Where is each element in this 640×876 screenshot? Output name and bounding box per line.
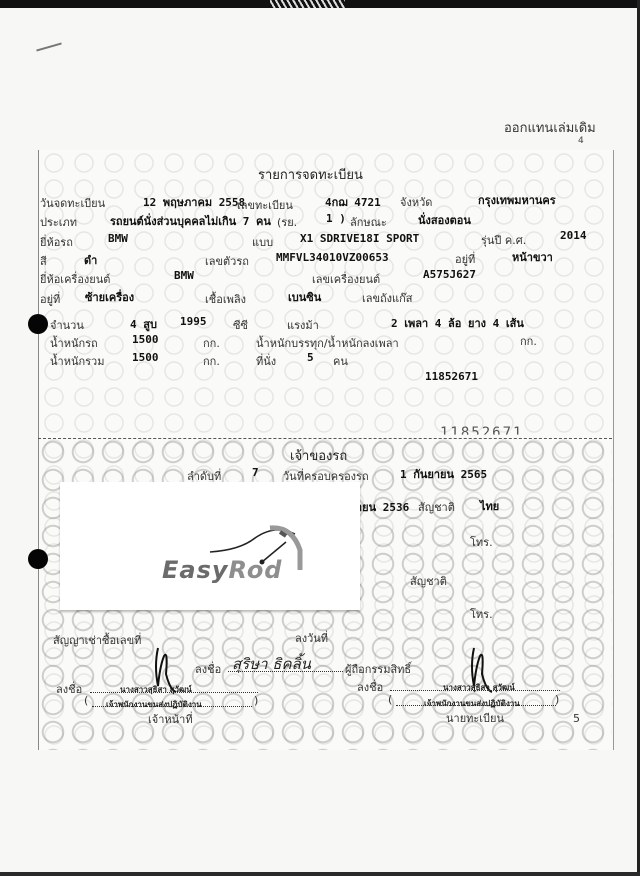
engine-location: ซ้ายเครื่อง [85, 288, 134, 306]
engine-location-label: อยู่ที่ [40, 290, 60, 308]
order-number: 7 [252, 466, 259, 479]
axles-wheels: 2 เพลา 4 ล้อ ยาง 4 เส้น [391, 314, 524, 332]
cc-label: ซีซี [233, 316, 248, 334]
phone-label-2: โทร. [470, 605, 493, 623]
nationality-label: สัญชาติ [418, 498, 455, 516]
cylinders-label: จำนวน [50, 316, 84, 334]
province-label: จังหวัด [400, 193, 432, 211]
section-divider [38, 438, 612, 439]
owner-sign-label: ลงชื่อ [195, 660, 221, 678]
vehicle-weight: 1500 [132, 333, 159, 346]
plate-number: 4กฌ 4721 [325, 193, 381, 211]
owner-role: ผู้ถือกรรมสิทธิ์ [345, 660, 411, 678]
owner-signature: สุริษา ธิคลิ้น [232, 652, 311, 676]
body-style: นั่งสองตอน [418, 211, 471, 229]
vehicle-type: รถยนต์นั่งส่วนบุคคลไม่เกิน 7 คน [110, 212, 271, 230]
load-label: น้ำหนักบรรทุก/น้ำหนักลงเพลา [256, 334, 399, 352]
gas-tank-label: เลขถังแก๊ส [362, 289, 413, 307]
scan-top-edge [0, 0, 640, 8]
model-year: 2014 [560, 229, 587, 242]
load-unit: กก. [520, 332, 537, 350]
type-code: 1 ) [326, 212, 346, 225]
signed-date-label: ลงวันที่ [295, 629, 328, 647]
registrar-role: นายทะเบียน [446, 709, 504, 727]
page-number-bottom: 5 [573, 712, 580, 725]
registrar-sign-label: ลงชื่อ [357, 678, 383, 696]
brand-label: ยี่ห้อรถ [40, 233, 73, 251]
engine-number: A575J627 [423, 268, 476, 281]
birth-date-partial: ายน 2536 [356, 498, 409, 516]
owner-title: เจ้าของรถ [290, 445, 347, 466]
registrar-close-paren: ) [555, 693, 559, 706]
body-label: ลักษณะ [350, 213, 387, 231]
officer-sign-label: ลงชื่อ [56, 680, 82, 698]
persons-unit: คน [333, 352, 348, 370]
vin-label: เลขตัวรถ [205, 252, 249, 270]
owner-sign-line [228, 671, 343, 672]
cylinders: 4 สูบ [130, 315, 157, 333]
punch-hole [28, 549, 48, 569]
registrar-name-stamp: นางสาวสุธิสา สุวัฒน์ [443, 681, 515, 694]
registration-title: รายการจดทะเบียน [258, 164, 363, 185]
serial-number: 11852671 [425, 370, 478, 383]
vin-location-label: อยู่ที่ [455, 250, 475, 268]
model-label: แบบ [252, 233, 273, 251]
color-label: สี [40, 252, 47, 270]
scan-bottom-edge [0, 872, 640, 876]
province: กรุงเทพมหานคร [478, 191, 556, 209]
officer-open-paren: ( [84, 694, 88, 707]
fuel: เบนซิน [288, 288, 321, 306]
officer-name-stamp: นางสาวสุธิสา สุวัฒน์ [120, 683, 192, 696]
registration-date-label: วันจดทะเบียน [40, 194, 105, 212]
nationality-label-2: สัญชาติ [410, 572, 447, 590]
type-label: ประเภท [40, 213, 77, 231]
gross-weight-unit: กก. [203, 352, 220, 370]
color: ดำ [84, 251, 97, 269]
vin: MMFVL34010VZ00653 [276, 251, 389, 264]
vin-location: หน้าขวา [512, 248, 553, 266]
seats: 5 [307, 351, 314, 364]
engine-cc: 1995 [180, 315, 207, 328]
weight-unit: กก. [203, 334, 220, 352]
registration-date: 12 พฤษภาคม 2558 [143, 193, 245, 211]
officer-close-paren: ) [254, 694, 258, 707]
logo-rod: Rod [229, 556, 283, 584]
weight-label: น้ำหนักรถ [50, 334, 98, 352]
engine-number-label: เลขเครื่องยนต์ [312, 270, 380, 288]
year-label: รุ่นปี ค.ศ. [481, 231, 526, 249]
horsepower-label: แรงม้า [287, 316, 319, 334]
seats-label: ที่นั่ง [256, 352, 276, 370]
engine-brand: BMW [174, 269, 194, 282]
hire-purchase-label: สัญญาเช่าซื้อเลขที่ [53, 631, 141, 649]
easyrod-logo-card: EasyRod [60, 482, 360, 610]
phone-label: โทร. [470, 533, 493, 551]
gross-weight: 1500 [132, 351, 159, 364]
officer-role: เจ้าหน้าที่ [148, 710, 193, 728]
type-code-label: (รย. [277, 213, 297, 231]
engine-brand-label: ยี่ห้อเครื่องยนต์ [40, 270, 110, 288]
page-number-top: 4 [578, 136, 584, 146]
registrar-open-paren: ( [388, 693, 392, 706]
punch-hole [28, 314, 48, 334]
pen-mark [36, 42, 62, 51]
brand: BMW [108, 232, 128, 245]
nationality: ไทย [480, 497, 499, 515]
possession-date: 1 กันยายน 2565 [400, 465, 487, 483]
model: X1 SDRIVE18I SPORT [300, 232, 419, 245]
easyrod-logo-text: EasyRod [162, 556, 282, 584]
gross-weight-label: น้ำหนักรวม [50, 352, 104, 370]
logo-easy: Easy [162, 556, 229, 584]
fuel-label: เชื้อเพลิง [205, 290, 246, 308]
reissue-label: ออกแทนเล่มเดิม [504, 117, 596, 138]
